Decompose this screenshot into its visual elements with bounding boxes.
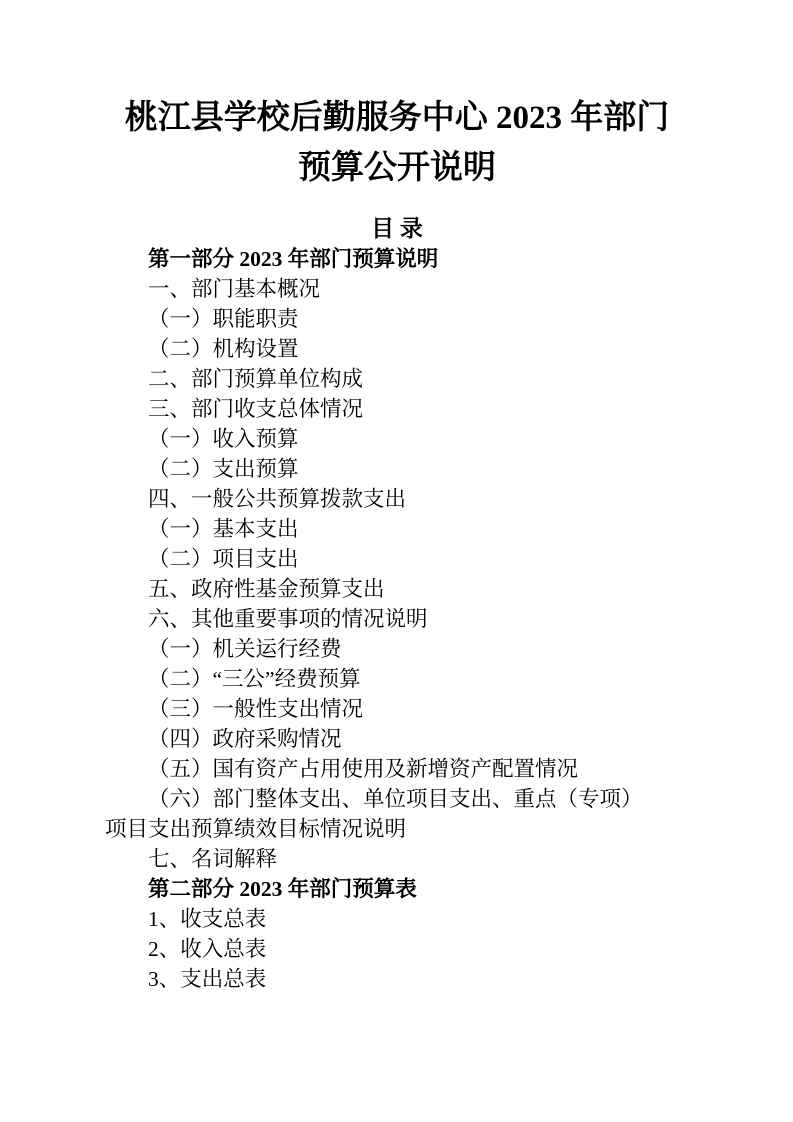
toc-item: 二、部门预算单位构成 bbox=[105, 364, 689, 394]
document-title-line-1: 桃江县学校后勤服务中心 2023 年部门 bbox=[105, 93, 689, 143]
document-title-line-2: 预算公开说明 bbox=[105, 143, 689, 193]
toc-item: 一、部门基本概况 bbox=[105, 274, 689, 304]
toc-item: 四、一般公共预算拨款支出 bbox=[105, 484, 689, 514]
toc-item: 1、收支总表 bbox=[105, 904, 689, 934]
toc-item-part1: 第一部分 2023 年部门预算说明 bbox=[105, 244, 689, 274]
toc-item: （六）部门整体支出、单位项目支出、重点（专项） bbox=[105, 784, 689, 814]
toc-heading: 目 录 bbox=[105, 214, 689, 244]
toc-item: （五）国有资产占用使用及新增资产配置情况 bbox=[105, 754, 689, 784]
toc-item: （一）机关运行经费 bbox=[105, 634, 689, 664]
toc-item-continuation: 项目支出预算绩效目标情况说明 bbox=[105, 814, 689, 844]
document-page: 桃江县学校后勤服务中心 2023 年部门 预算公开说明 目 录 第一部分 202… bbox=[0, 0, 793, 1122]
toc-item: 2、收入总表 bbox=[105, 934, 689, 964]
toc-item: （一）职能职责 bbox=[105, 304, 689, 334]
toc-item: （一）收入预算 bbox=[105, 424, 689, 454]
toc-item: 六、其他重要事项的情况说明 bbox=[105, 604, 689, 634]
toc-list: 第一部分 2023 年部门预算说明 一、部门基本概况 （一）职能职责 （二）机构… bbox=[105, 244, 689, 994]
toc-item: （二）支出预算 bbox=[105, 454, 689, 484]
toc-item: 3、支出总表 bbox=[105, 964, 689, 994]
toc-item: （二）项目支出 bbox=[105, 544, 689, 574]
toc-item-part2: 第二部分 2023 年部门预算表 bbox=[105, 874, 689, 904]
toc-item: 三、部门收支总体情况 bbox=[105, 394, 689, 424]
toc-item: （四）政府采购情况 bbox=[105, 724, 689, 754]
document-title: 桃江县学校后勤服务中心 2023 年部门 预算公开说明 bbox=[105, 93, 689, 193]
toc-item: （三）一般性支出情况 bbox=[105, 694, 689, 724]
toc-item: 五、政府性基金预算支出 bbox=[105, 574, 689, 604]
toc-item: 七、名词解释 bbox=[105, 844, 689, 874]
toc-item: （一）基本支出 bbox=[105, 514, 689, 544]
toc-item: （二）机构设置 bbox=[105, 334, 689, 364]
toc-item: （二）“三公”经费预算 bbox=[105, 664, 689, 694]
